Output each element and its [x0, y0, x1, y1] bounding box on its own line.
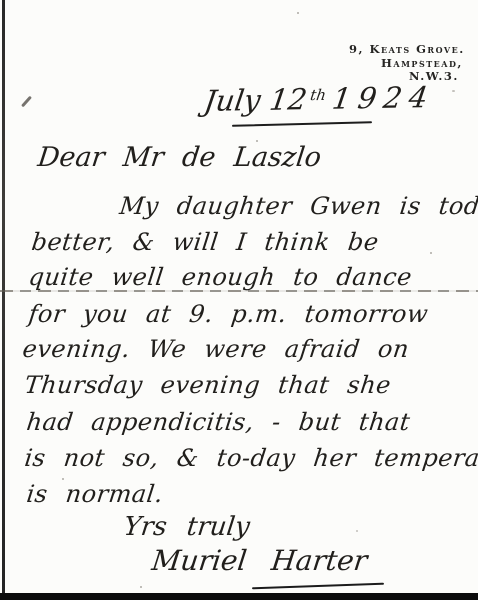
signature-underline-stroke: [252, 583, 384, 590]
body-line: better, & will I think be: [30, 228, 380, 256]
scan-speck: [140, 586, 142, 588]
scan-edge-left: [2, 0, 5, 594]
body-line: quite well enough to dance: [27, 263, 414, 291]
body-line: for you at 9. p.m. tomorrow: [27, 300, 430, 328]
signature-last-name: Harter: [269, 544, 369, 577]
ink-smudge-mark: [21, 96, 32, 108]
scan-edge-bottom: [0, 593, 478, 600]
date-underline-stroke: [232, 121, 372, 127]
body-line: had appendicitis, - but that: [25, 408, 412, 436]
body-line: evening. We were afraid on: [21, 335, 411, 363]
signature: Muriel Harter: [150, 544, 369, 577]
date-day: July 12: [202, 82, 309, 118]
body-line: is not so, & to-day her temperature: [23, 444, 478, 472]
salutation: Dear Mr de Laszlo: [36, 142, 323, 173]
body-line: My daughter Gwen is today: [118, 192, 478, 220]
date-ordinal-suffix: th: [309, 86, 327, 104]
date-year: 1924: [330, 80, 437, 116]
scan-speck: [297, 12, 299, 14]
letterhead-address-line-1: 9, Keats Grove.: [349, 42, 465, 56]
date-line: July 12th1924: [202, 80, 437, 118]
scan-speck: [452, 90, 455, 92]
letterhead-address-line-2: Hampstead,: [381, 56, 463, 70]
letter-scan-page: 9, Keats Grove. Hampstead, N.W.3. July 1…: [0, 0, 478, 600]
closing-valediction: Yrs truly: [122, 512, 252, 542]
body-line: Thursday evening that she: [23, 371, 393, 399]
body-line: is normal.: [25, 480, 165, 508]
signature-first-name: Muriel: [150, 544, 249, 577]
scan-speck: [356, 530, 358, 532]
scan-speck: [430, 252, 432, 254]
